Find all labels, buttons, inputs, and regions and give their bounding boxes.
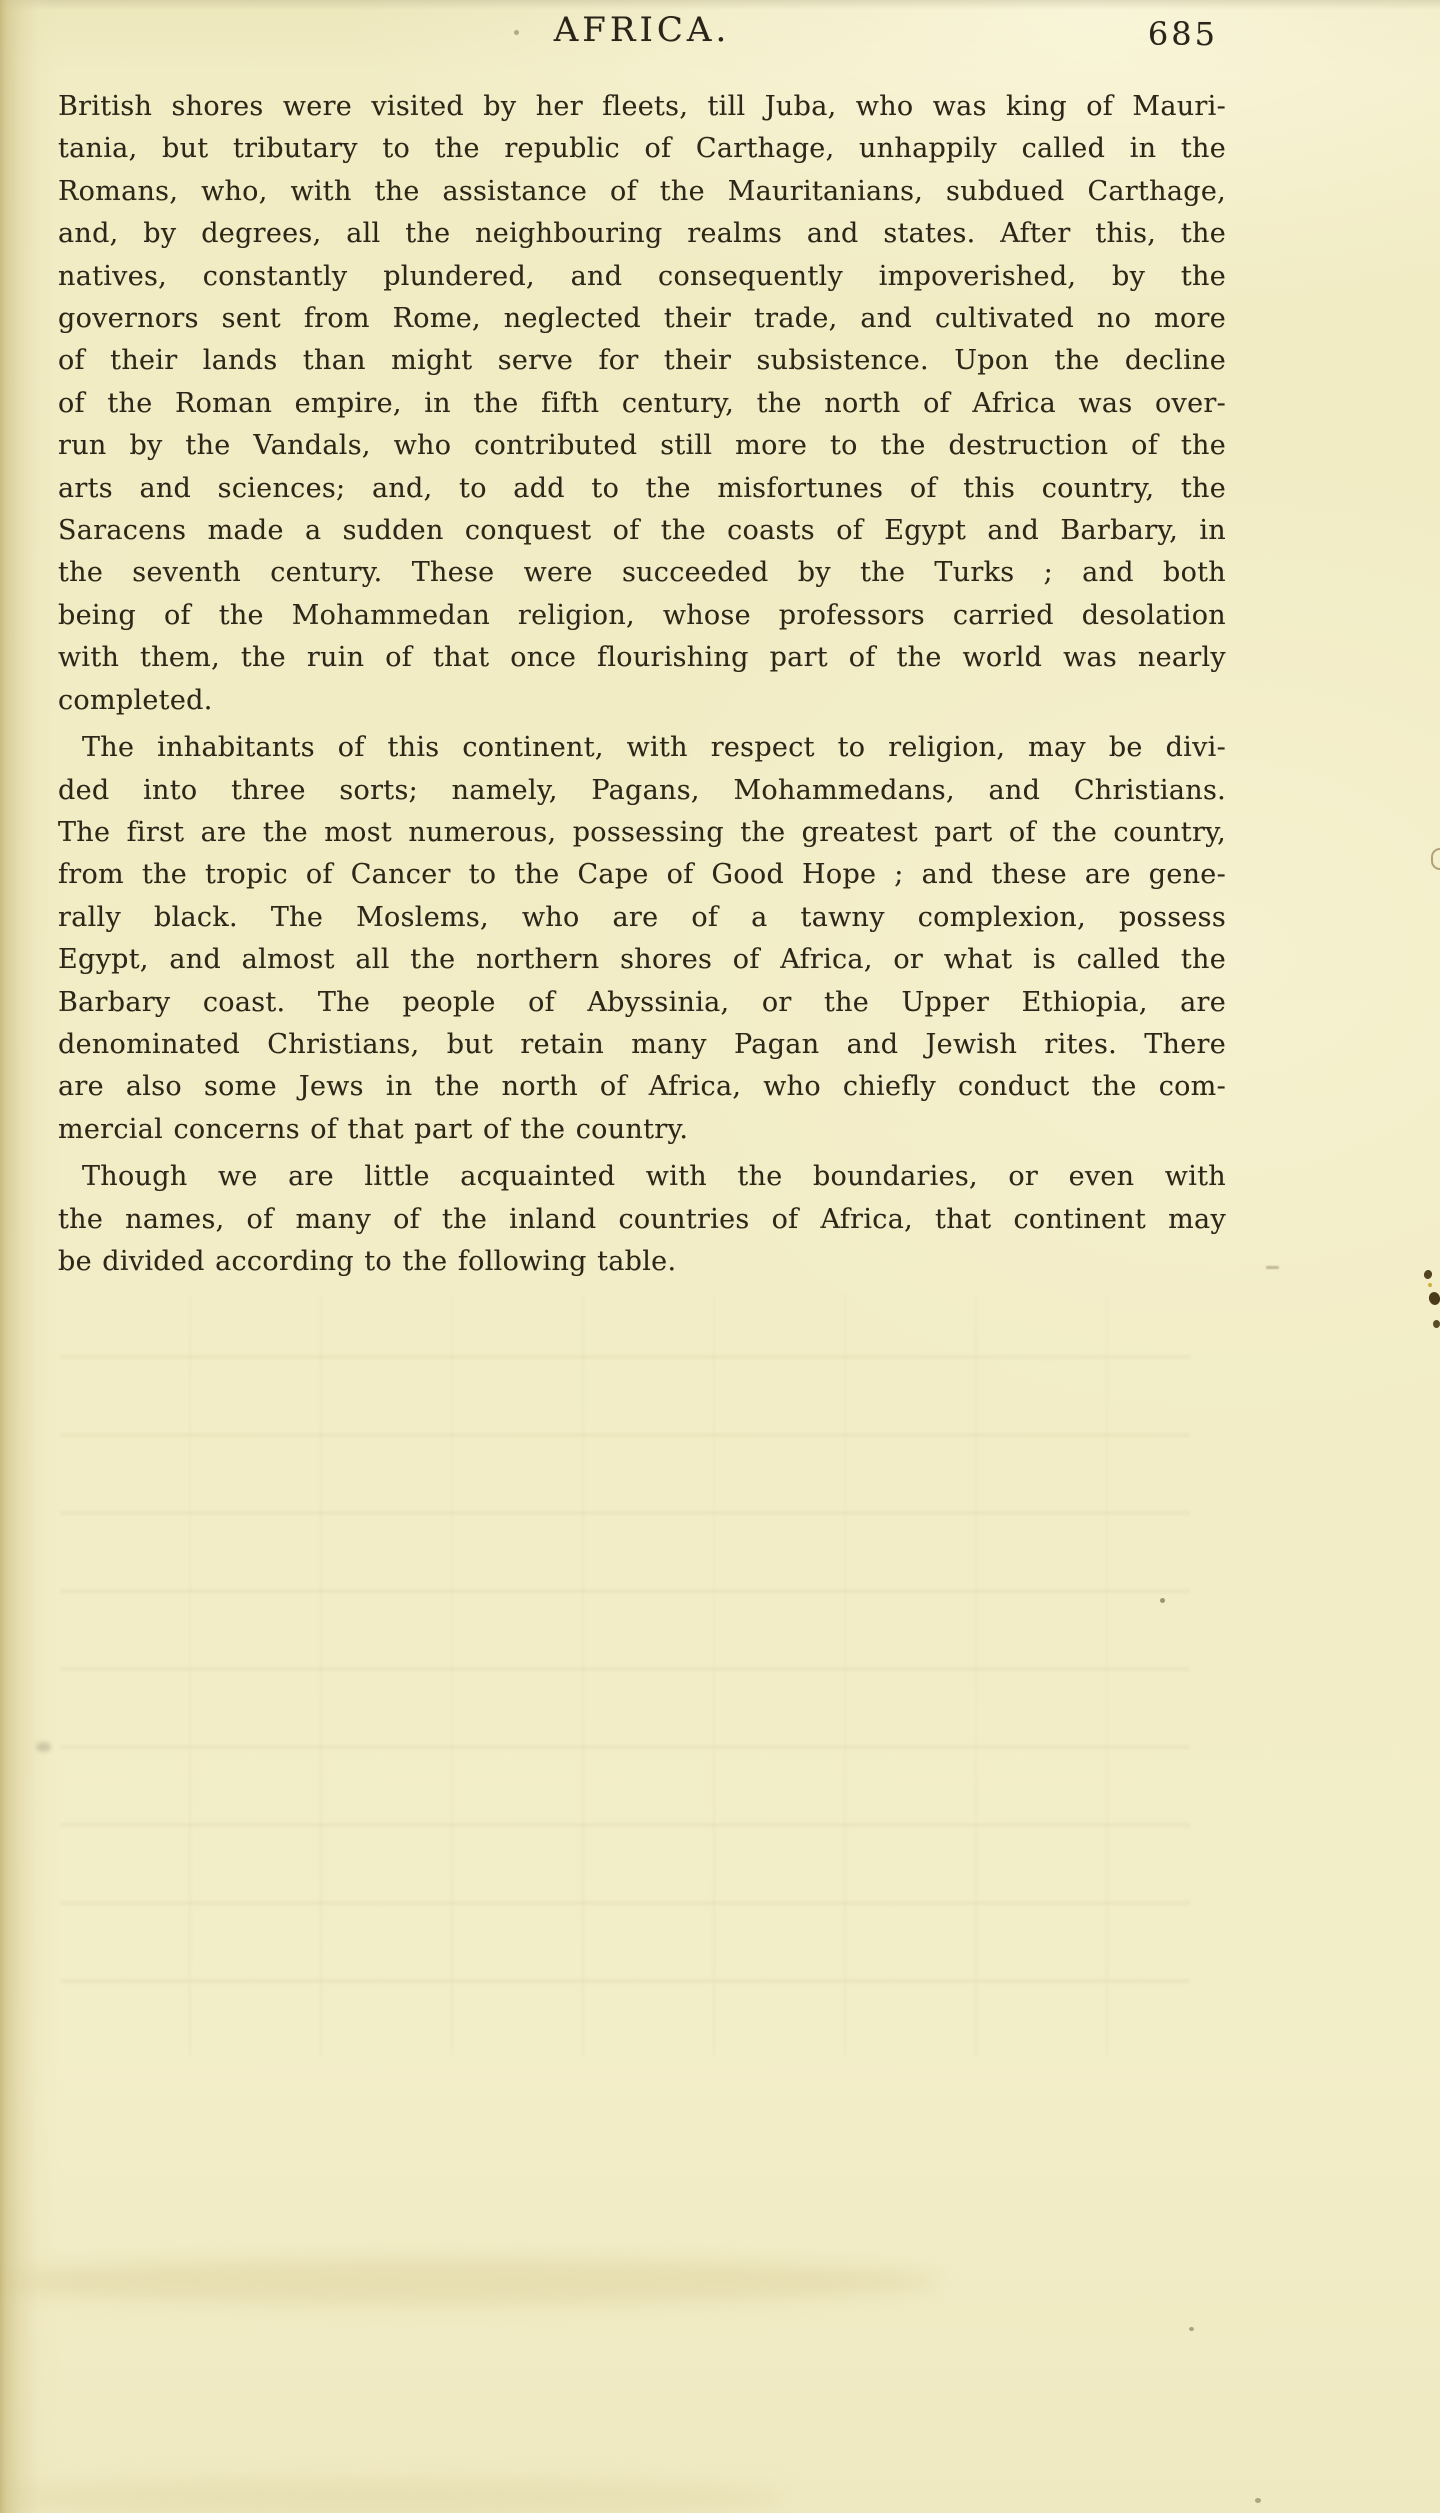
text-line: are also some Jews in the north of Afric… — [58, 1066, 1226, 1108]
text-line: the seventh century. These were succeede… — [58, 552, 1226, 594]
ink-speck — [1428, 1291, 1440, 1306]
paper-stain — [0, 2478, 790, 2513]
text-line: The first are the most numerous, possess… — [58, 812, 1226, 854]
text-line: of their lands than might serve for thei… — [58, 340, 1226, 382]
text-line: of the Roman empire, in the fifth centur… — [58, 383, 1226, 425]
text-line: and, by degrees, all the neighbouring re… — [58, 213, 1226, 255]
text-line: arts and sciences; and, to add to the mi… — [58, 468, 1226, 510]
ink-speck — [1433, 1320, 1440, 1328]
text-line: be divided according to the following ta… — [58, 1241, 1226, 1283]
text-line: natives, constantly plundered, and conse… — [58, 256, 1226, 298]
text-line: Egypt, and almost all the northern shore… — [58, 939, 1226, 981]
text-line: denominated Christians, but retain many … — [58, 1024, 1226, 1066]
ink-speck — [36, 1742, 51, 1752]
ink-speck — [1423, 1269, 1434, 1280]
paragraph: Though we are little acquainted with the… — [58, 1156, 1226, 1283]
text-line: mercial concerns of that part of the cou… — [58, 1109, 1226, 1151]
text-line: The inhabitants of this continent, with … — [58, 727, 1226, 769]
text-line: Saracens made a sudden conquest of the c… — [58, 510, 1226, 552]
text-line: tania, but tributary to the republic of … — [58, 128, 1226, 170]
paper-stain — [0, 2258, 940, 2306]
paragraph: The inhabitants of this continent, with … — [58, 727, 1226, 1151]
text-line: ded into three sorts; namely, Pagans, Mo… — [58, 770, 1226, 812]
reverse-page-showthrough — [60, 1295, 1190, 2055]
ink-speck — [1160, 1598, 1165, 1603]
text-line: run by the Vandals, who contributed stil… — [58, 425, 1226, 467]
text-line: British shores were visited by her fleet… — [58, 86, 1226, 128]
page-title: AFRICA. — [58, 10, 1226, 50]
text-line: the names, of many of the inland countri… — [58, 1199, 1226, 1241]
text-line: Barbary coast. The people of Abyssinia, … — [58, 982, 1226, 1024]
text-line: Though we are little acquainted with the… — [58, 1156, 1226, 1198]
text-line: governors sent from Rome, neglected thei… — [58, 298, 1226, 340]
text-line: from the tropic of Cancer to the Cape of… — [58, 854, 1226, 896]
paragraph: British shores were visited by her fleet… — [58, 86, 1226, 722]
page-body: British shores were visited by her fleet… — [58, 86, 1226, 1283]
text-line: Romans, who, with the assistance of the … — [58, 171, 1226, 213]
text-line: completed. — [58, 680, 1226, 722]
text-line: with them, the ruin of that once flouris… — [58, 637, 1226, 679]
ink-speck — [1255, 2498, 1261, 2503]
text-line: rally black. The Moslems, who are of a t… — [58, 897, 1226, 939]
ink-speck — [1428, 1283, 1432, 1287]
running-header: AFRICA. 685 — [58, 10, 1226, 58]
text-line: being of the Mohammedan religion, whose … — [58, 595, 1226, 637]
ink-speck — [1266, 1266, 1279, 1269]
book-page: AFRICA. 685 British shores were visited … — [0, 0, 1440, 2513]
ink-speck — [1189, 2327, 1194, 2331]
page-number: 685 — [1148, 15, 1218, 53]
ink-mark — [1431, 848, 1440, 870]
